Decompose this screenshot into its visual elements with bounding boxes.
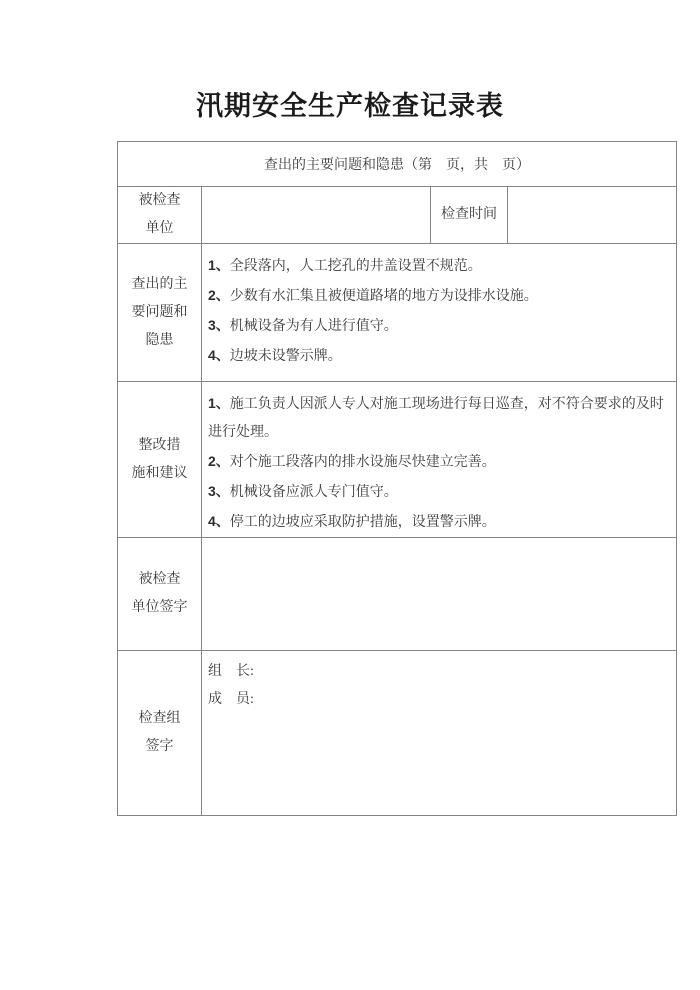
item-text: 施工负责人因派人专人对施工现场进行每日巡查，对不符合要求的及时进行处理。: [208, 397, 664, 440]
item-number: 1、: [208, 257, 230, 273]
team-leader-line: 组 长:: [208, 658, 668, 686]
table-row: 查出的主 要问题和 隐患 1、全段落内，人工挖孔的井盖设置不规范。 2、少数有水…: [118, 244, 677, 382]
inspection-time-value-field[interactable]: [508, 187, 677, 244]
document-page: 汛期安全生产检查记录表 查出的主要问题和隐患（第 页，共 页） 被检查 单位 检…: [0, 0, 700, 990]
measure-item: 4、停工的边坡应采取防护措施，设置警示牌。: [208, 507, 668, 537]
table-row: 查出的主要问题和隐患（第 页，共 页）: [118, 142, 677, 187]
item-number: 4、: [208, 513, 230, 529]
item-text: 停工的边坡应采取防护措施，设置警示牌。: [230, 515, 496, 530]
problem-item: 1、全段落内，人工挖孔的井盖设置不规范。: [208, 251, 668, 281]
measure-item: 1、施工负责人因派人专人对施工现场进行每日巡查，对不符合要求的及时进行处理。: [208, 389, 668, 447]
table-row: 被检查 单位 检查时间: [118, 187, 677, 244]
item-text: 机械设备为有人进行值守。: [230, 319, 398, 334]
team-leader-label: 组 长:: [208, 664, 254, 679]
unit-signature-label: 被检查 单位签字: [118, 538, 202, 651]
document-title: 汛期安全生产检查记录表: [0, 84, 700, 123]
problem-item: 4、边坡未设警示牌。: [208, 341, 668, 371]
team-member-label: 成 员:: [208, 692, 254, 707]
measure-item: 3、机械设备应派人专门值守。: [208, 477, 668, 507]
measure-item: 2、对个施工段落内的排水设施尽快建立完善。: [208, 447, 668, 477]
table-row: 检查组 签字 组 长: 成 员:: [118, 651, 677, 816]
item-number: 1、: [208, 395, 230, 411]
item-text: 对个施工段落内的排水设施尽快建立完善。: [230, 455, 496, 470]
item-number: 2、: [208, 453, 230, 469]
item-text: 少数有水汇集且被便道路堵的地方为设排水设施。: [230, 289, 538, 304]
item-text: 边坡未设警示牌。: [230, 349, 342, 364]
item-text: 全段落内，人工挖孔的井盖设置不规范。: [230, 259, 482, 274]
team-member-line: 成 员:: [208, 686, 668, 714]
unit-signature-field[interactable]: [202, 538, 677, 651]
measures-label: 整改措 施和建议: [118, 382, 202, 538]
table-row: 被检查 单位签字: [118, 538, 677, 651]
problems-label: 查出的主 要问题和 隐患: [118, 244, 202, 382]
item-number: 4、: [208, 347, 230, 363]
team-signature-label: 检查组 签字: [118, 651, 202, 816]
problem-item: 3、机械设备为有人进行值守。: [208, 311, 668, 341]
problem-item: 2、少数有水汇集且被便道路堵的地方为设排水设施。: [208, 281, 668, 311]
item-number: 3、: [208, 317, 230, 333]
inspected-unit-label: 被检查 单位: [118, 187, 202, 244]
table-row: 整改措 施和建议 1、施工负责人因派人专人对施工现场进行每日巡查，对不符合要求的…: [118, 382, 677, 538]
inspection-record-table: 查出的主要问题和隐患（第 页，共 页） 被检查 单位 检查时间 查出的主 要问题…: [117, 141, 677, 816]
problems-content-field[interactable]: 1、全段落内，人工挖孔的井盖设置不规范。 2、少数有水汇集且被便道路堵的地方为设…: [202, 244, 677, 382]
item-text: 机械设备应派人专门值守。: [230, 485, 398, 500]
inspection-time-label: 检查时间: [431, 187, 508, 244]
item-number: 3、: [208, 483, 230, 499]
problems-header-title: 查出的主要问题和隐患（第 页，共 页）: [118, 142, 677, 187]
item-number: 2、: [208, 287, 230, 303]
measures-content-field[interactable]: 1、施工负责人因派人专人对施工现场进行每日巡查，对不符合要求的及时进行处理。 2…: [202, 382, 677, 538]
inspected-unit-value-field[interactable]: [202, 187, 431, 244]
team-signature-field[interactable]: 组 长: 成 员:: [202, 651, 677, 816]
